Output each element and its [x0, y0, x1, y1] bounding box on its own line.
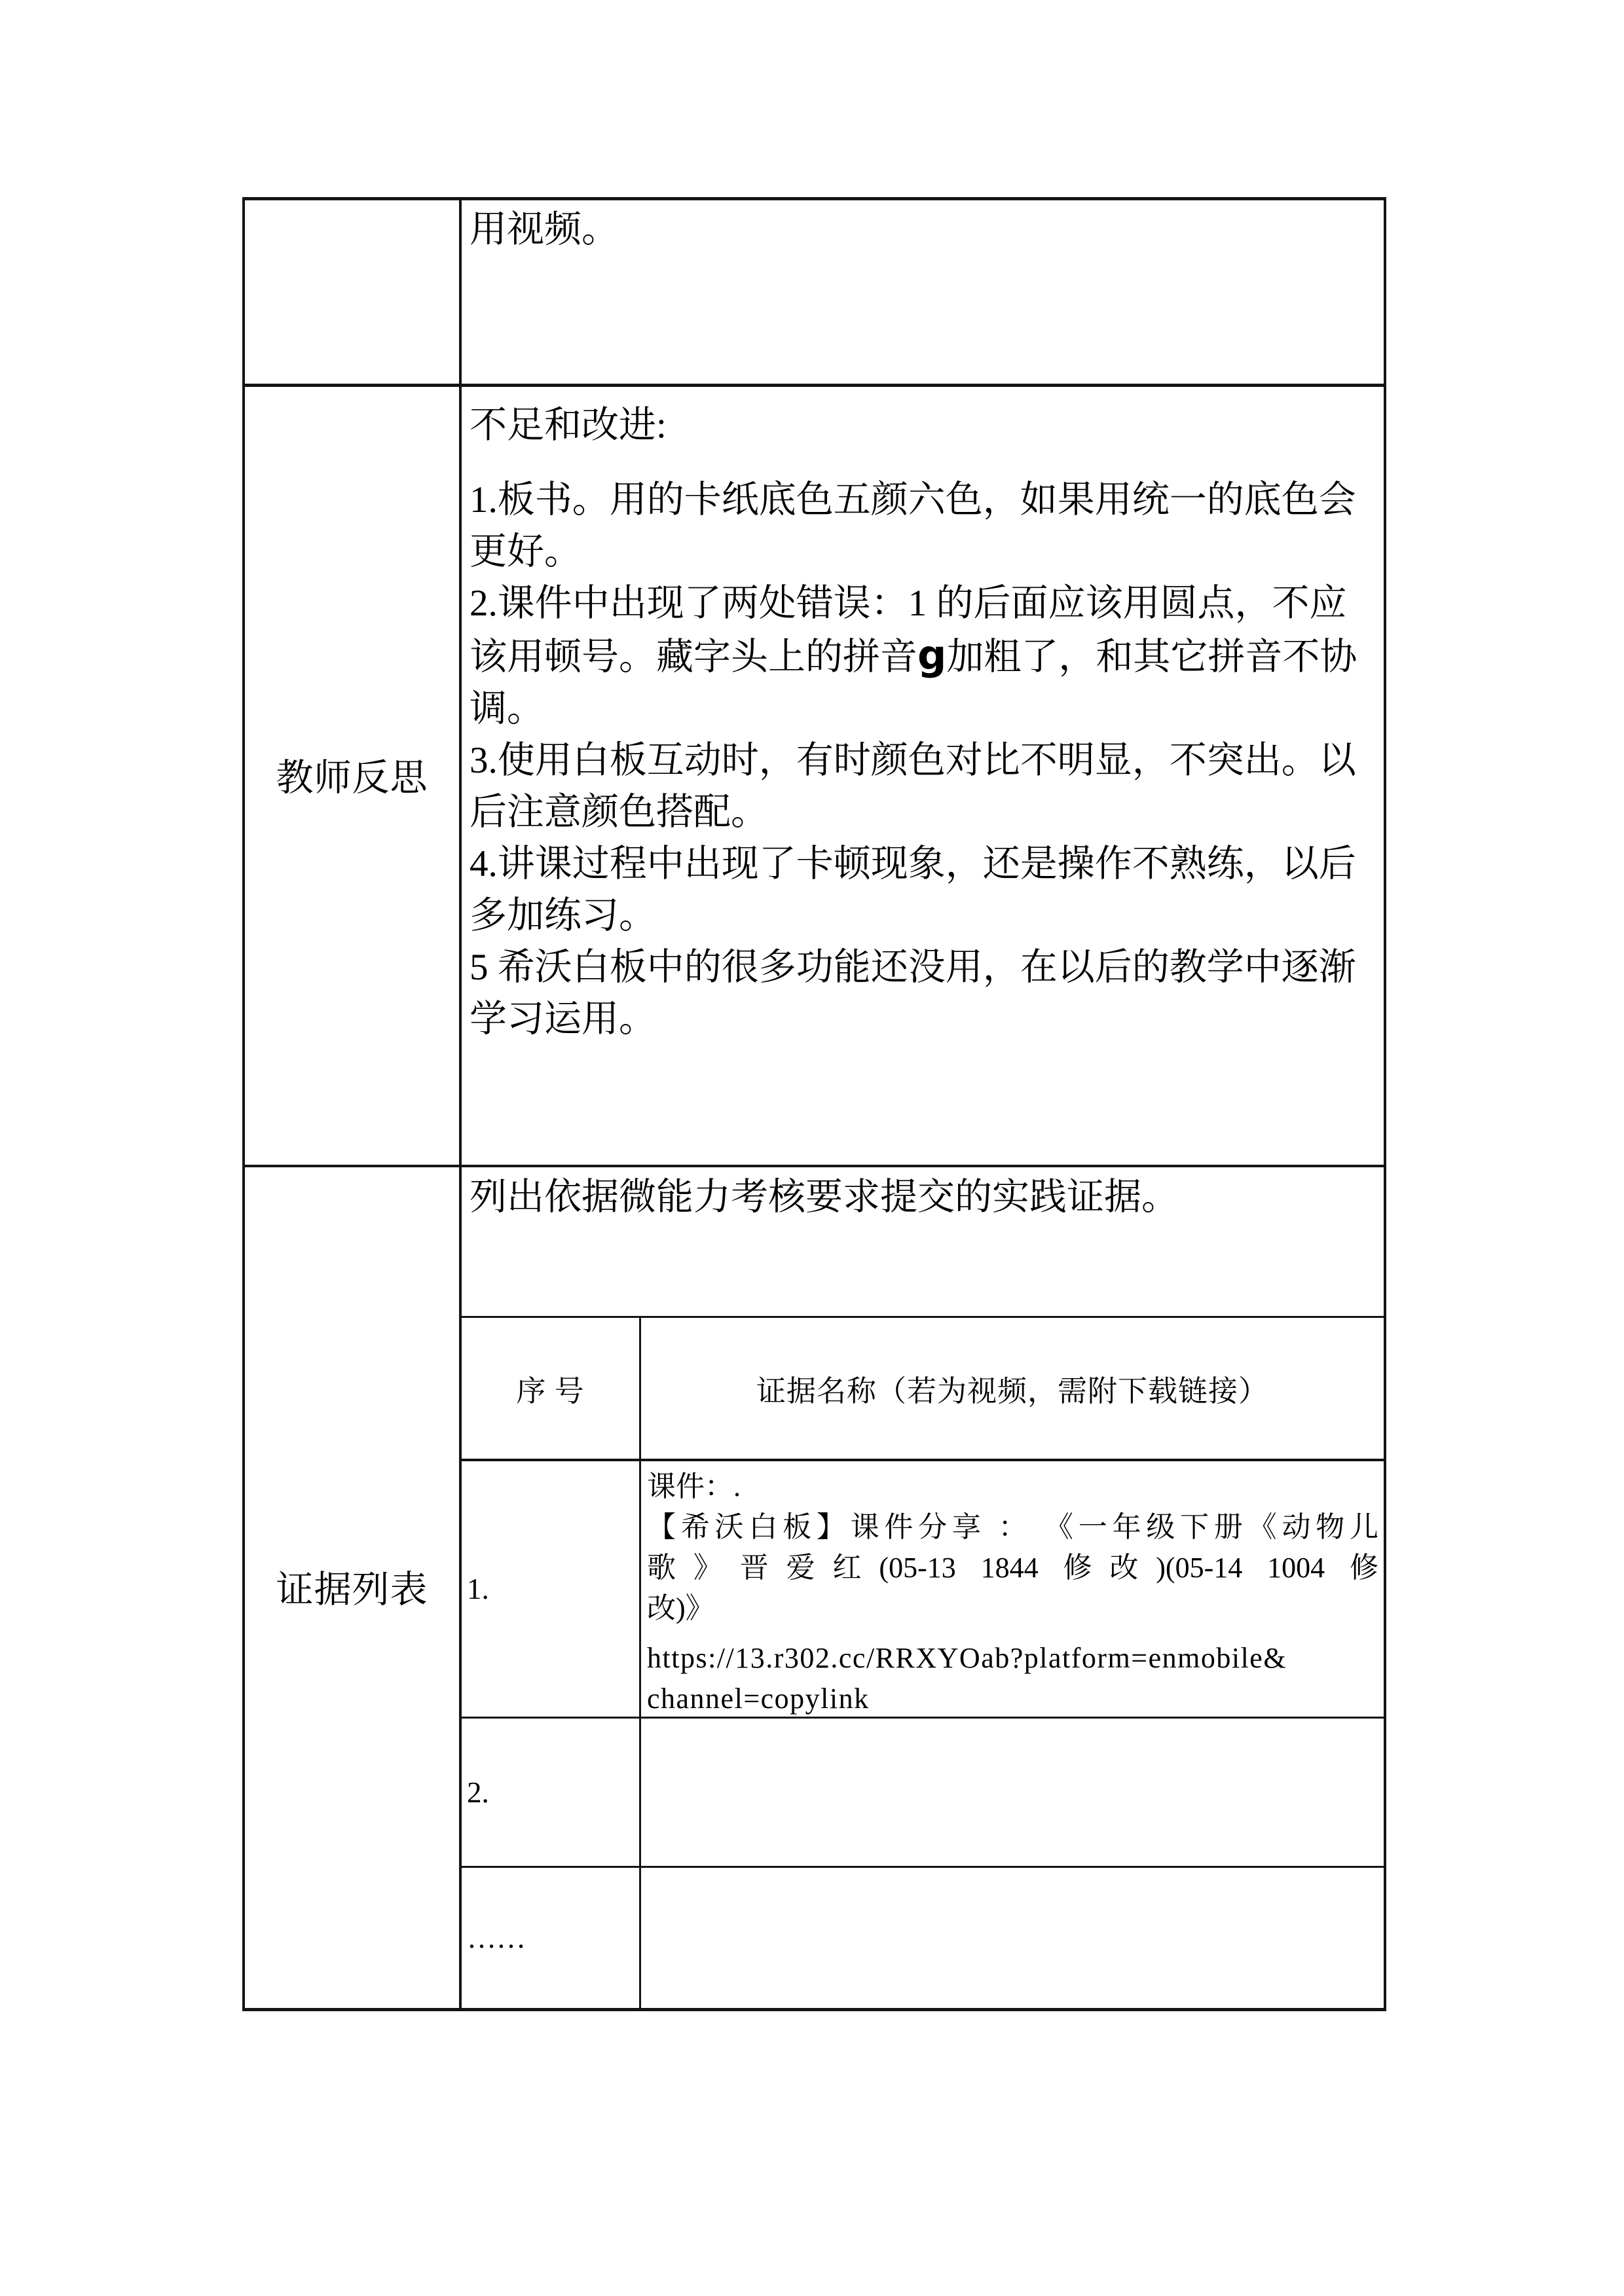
reflection-line-text: 3.使用白板互动时，有时颜色对比不明显，不突出。以	[470, 740, 1356, 781]
table-border-bottom	[242, 2008, 1386, 2011]
reflection-lines: 1.板书。用的卡纸底色五颜六色，如果用统一的底色会更好。2.课件中出现了两处错误…	[470, 474, 1357, 1045]
reflection-line: 该用顿号。藏字头上的拼音g加粗了，和其它拼音不协	[470, 629, 1357, 683]
reflection-line-text: 多加练习。	[470, 895, 656, 936]
reflection-bold-g: g	[917, 631, 946, 679]
reflection-line-text: 该用顿号。藏字头上的拼音	[470, 636, 917, 678]
reflection-line: 5 希沃白板中的很多功能还没用，在以后的教学中逐渐	[470, 941, 1357, 993]
reflection-line-text: 4.讲课过程中出现了卡顿现象，还是操作不熟练，以后	[470, 843, 1356, 884]
evidence-row3-serial: ……	[462, 1868, 639, 2008]
evidence-row2-name	[641, 1719, 1384, 1866]
teacher-reflection-content: 不足和改进: 1.板书。用的卡纸底色五颜六色，如果用统一的底色会更好。2.课件中…	[462, 384, 1384, 1165]
reflection-line: 多加练习。	[470, 890, 1357, 941]
reflection-line-text: 更好。	[470, 531, 581, 572]
inner-header-evidence-name: 证据名称（若为视频，需附下载链接）	[641, 1318, 1384, 1459]
reflection-line: 4.讲课过程中出现了卡顿现象，还是操作不熟练，以后	[470, 838, 1357, 890]
scanned-form-page: 用视频。 教师反思 不足和改进: 1.板书。用的卡纸底色五颜六色，如果用统一的底…	[0, 0, 1624, 2296]
evidence-row1-lines: 课件：.【希沃白板】课件分享 ： 《一年级下册《动物儿歌》晋爱红(05-13 1…	[647, 1467, 1378, 1719]
table-border-right	[1384, 197, 1386, 2011]
evidence-name-line: 【希沃白板】课件分享 ： 《一年级下册《动物儿	[647, 1507, 1378, 1548]
reflection-line-text: 2.课件中出现了两处错误：1 的后面应该用圆点，不应	[470, 583, 1347, 624]
reflection-line-text: 5 希沃白板中的很多功能还没用，在以后的教学中逐渐	[470, 947, 1356, 988]
evidence-link-line: channel=copylink	[647, 1679, 1378, 1719]
evidence-name-line: 歌》晋爱红(05-13 1844 修改)(05-14 1004 修	[647, 1548, 1378, 1588]
inner-header-serial-number: 序 号	[462, 1318, 639, 1459]
reflection-line: 更好。	[470, 526, 1357, 577]
reflection-line-text: 后注意颜色搭配。	[470, 792, 768, 833]
evidence-row1-serial: 1.	[462, 1461, 639, 1717]
evidence-row2-serial: 2.	[462, 1719, 639, 1866]
reflection-line-text: 加粗了，和其它拼音不协	[946, 636, 1357, 678]
reflection-line-text: 1.板书。用的卡纸底色五颜六色，如果用统一的底色会	[470, 479, 1356, 520]
evidence-row1-name: 课件：.【希沃白板】课件分享 ： 《一年级下册《动物儿歌》晋爱红(05-13 1…	[641, 1461, 1384, 1717]
evidence-link-line: https://13.r302.cc/RRXYOab?platform=enmo…	[647, 1638, 1378, 1679]
evidence-name-line: 改)》	[647, 1588, 1378, 1629]
row-label-teacher-reflection: 教师反思	[245, 384, 459, 1165]
reflection-line: 后注意颜色搭配。	[470, 786, 1357, 838]
reflection-line: 1.板书。用的卡纸底色五颜六色，如果用统一的底色会	[470, 474, 1357, 526]
reflection-line: 学习运用。	[470, 993, 1357, 1045]
evidence-row3-name	[641, 1868, 1384, 2008]
evidence-name-line: 课件：.	[647, 1467, 1378, 1507]
evidence-intro-text: 列出依据微能力考核要求提交的实践证据。	[462, 1165, 1384, 1315]
reflection-line: 3.使用白板互动时，有时颜色对比不明显，不突出。以	[470, 735, 1357, 786]
row-label-evidence-list: 证据列表	[245, 1165, 459, 2008]
reflection-line-text: 学习运用。	[470, 998, 656, 1040]
reflection-line-text: 调。	[470, 688, 544, 729]
previous-row-tail-text: 用视频。	[462, 197, 1384, 384]
reflection-line: 2.课件中出现了两处错误：1 的后面应该用圆点，不应	[470, 577, 1357, 629]
reflection-line: 调。	[470, 683, 1357, 735]
reflection-heading: 不足和改进:	[470, 399, 1357, 452]
